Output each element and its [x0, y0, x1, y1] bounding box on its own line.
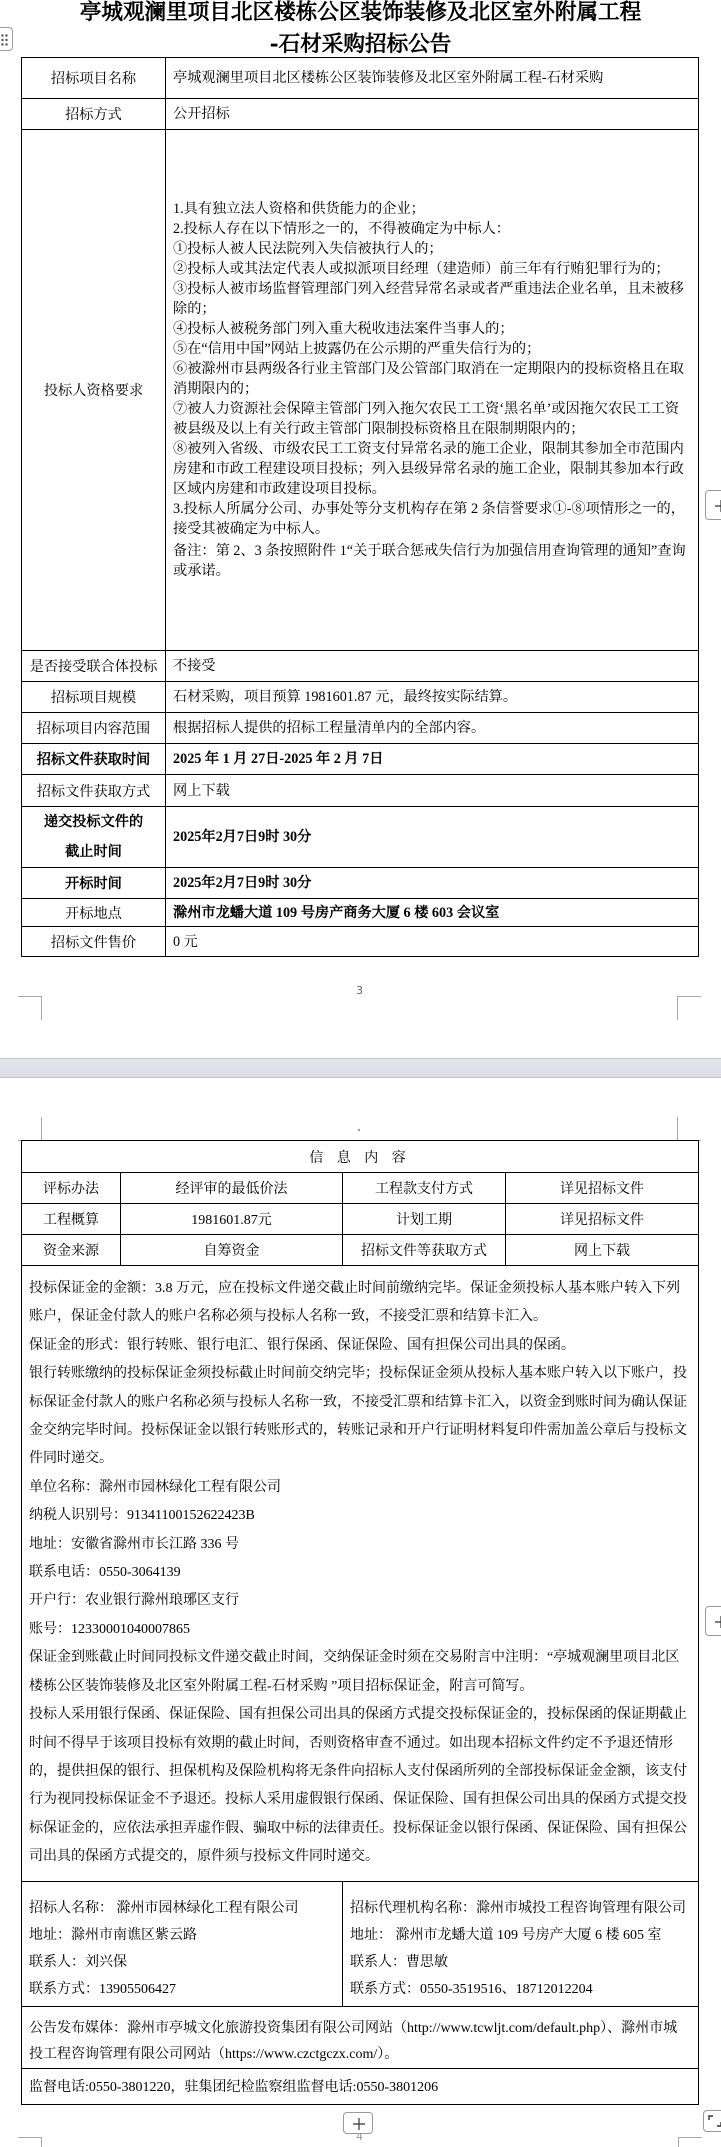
table-row: 递交投标文件的截止时间 2025年2月7日9时 30分	[22, 807, 699, 868]
tender-info-table: 招标项目名称 亭城观澜里项目北区楼栋公区装饰装修及北区室外附属工程-石材采购 招…	[21, 57, 699, 957]
row-label: 招标项目内容范围	[22, 713, 166, 744]
tender-method-value: 公开招标	[166, 99, 699, 130]
info-label: 工程款支付方式	[343, 1173, 506, 1204]
table-row: 资金来源 自筹资金 招标文件等获取方式 网上下载	[22, 1235, 699, 1266]
table-row: 是否接受联合体投标 不接受	[22, 651, 699, 682]
info-value: 网上下载	[506, 1235, 699, 1266]
agent-address: 地址： 滁州市龙蟠大道 109 号房产大厦 6 楼 605 室	[350, 1922, 694, 1949]
project-scale-value: 石材采购，项目预算 1981601.87 元，最终按实际结算。	[166, 682, 699, 713]
info-label: 招标文件等获取方式	[343, 1235, 506, 1266]
plus-icon	[714, 1615, 721, 1629]
info-label: 资金来源	[22, 1235, 121, 1266]
corner-mark	[41, 1117, 42, 1140]
row-label: 递交投标文件的截止时间	[42, 807, 146, 867]
row-label-cell: 递交投标文件的截止时间	[22, 807, 166, 868]
qualification-item: ②投标人或其法定代表人或拟派项目经理（建造师）前三年有行贿犯罪行为的；	[173, 259, 691, 279]
qualification-item: 3.投标人所属分公司、办事处等分支机构存在第 2 条信誉要求①-⑧项情形之一的，…	[173, 499, 691, 539]
qualification-item: ⑤在“信用中国”网站上披露仍在公示期的严重失信行为的；	[173, 339, 691, 359]
table-row: 招标人名称： 滁州市园林绿化工程有限公司 地址：滁州市南谯区紫云路 联系人：刘兴…	[22, 1881, 699, 2006]
info-value: 经评审的最低价法	[121, 1173, 343, 1204]
deposit-paragraph: 保证金的形式：银行转账、银行电汇、银行保函、保证保险、国有担保公司出具的保函。	[29, 1332, 691, 1360]
document-obtain-method-value: 网上下载	[166, 775, 699, 807]
page-number: 3	[356, 984, 363, 997]
qualification-item: ①投标人被人民法院列入失信被执行人的；	[173, 239, 691, 259]
table-move-handle[interactable]	[0, 27, 13, 51]
table-row: 监督电话:0550-3801220，驻集团纪检监察组监督电话:0550-3801…	[22, 2068, 699, 2104]
table-row: 招标文件获取时间 2025 年 1 月 27日-2025 年 2 月 7日	[22, 744, 699, 775]
tenderer-contact: 招标人名称： 滁州市园林绿化工程有限公司 地址：滁州市南谯区紫云路 联系人：刘兴…	[22, 1881, 343, 2006]
row-label: 招标文件售价	[22, 927, 166, 957]
table-resize-button[interactable]	[703, 2110, 721, 2132]
plus-icon	[714, 499, 721, 513]
table-row: 招标方式 公开招标	[22, 99, 699, 130]
agent-contact: 招标代理机构名称：滁州市城投工程咨询管理有限公司 地址： 滁州市龙蟠大道 109…	[343, 1881, 699, 2006]
agent-phone: 联系方式：0550-3519516、18712012204	[350, 1976, 694, 2003]
info-label: 评标办法	[22, 1173, 121, 1204]
row-label: 投标人资格要求	[22, 130, 166, 651]
info-label: 工程概算	[22, 1204, 121, 1235]
information-table: 信 息 内 容 评标办法 经评审的最低价法 工程款支付方式 详见招标文件 工程概…	[21, 1140, 699, 2105]
consortium-value: 不接受	[166, 651, 699, 682]
deposit-paragraph: 银行转账缴纳的投标保证金须投标截止时间前交纳完毕；投标保证金须从投标人基本账户转…	[29, 1360, 691, 1474]
table-row: 开标时间 2025年2月7日9时 30分	[22, 868, 699, 899]
qualification-requirements: 1.具有独立法人资格和供货能力的企业； 2.投标人存在以下情形之一的，不得被确定…	[166, 130, 699, 651]
row-label: 开标地点	[22, 899, 166, 927]
title-line-1: 亭城观澜里项目北区楼栋公区装饰装修及北区室外附属工程	[0, 0, 721, 29]
table-row: 招标文件售价 0 元	[22, 927, 699, 957]
tenderer-phone: 联系方式：13905506427	[29, 1976, 338, 2003]
corner-mark	[677, 1117, 678, 1140]
qualification-note: 备注：第 2、3 条按照附件 1“关于联合惩戒失信行为加强信用查询管理的通知”查…	[173, 541, 691, 581]
corner-mark	[678, 2137, 679, 2147]
table-row: 招标项目内容范围 根据招标人提供的招标工程量清单内的全部内容。	[22, 713, 699, 744]
project-scope-value: 根据招标人提供的招标工程量清单内的全部内容。	[166, 713, 699, 744]
qualification-item: ⑥被滁州市县两级各行业主管部门及公管部门取消在一定期限内的投标资格且在取消期限内…	[173, 359, 691, 399]
resize-corner-icon	[708, 2115, 721, 2127]
info-label: 计划工期	[343, 1204, 506, 1235]
bid-opening-time-value: 2025年2月7日9时 30分	[166, 868, 699, 899]
page-gap	[0, 1058, 721, 1078]
tenderer-contact-person: 联系人：刘兴保	[29, 1949, 338, 1976]
row-label: 是否接受联合体投标	[22, 651, 166, 682]
submission-deadline-value: 2025年2月7日9时 30分	[166, 807, 699, 868]
corner-mark	[41, 996, 42, 1020]
table-row: 开标地点 滁州市龙蟠大道 109 号房产商务大厦 6 楼 603 会议室	[22, 899, 699, 927]
table-row: 工程概算 1981601.87元 计划工期 详见招标文件	[22, 1204, 699, 1235]
bid-opening-location-value: 滁州市龙蟠大道 109 号房产商务大厦 6 楼 603 会议室	[166, 899, 699, 927]
account-address: 地址：安徽省滁州市长江路 336 号	[29, 1531, 691, 1559]
row-label: 招标项目名称	[22, 58, 166, 99]
deposit-paragraph: 投标人采用银行保函、保证保险、国有担保公司出具的保函方式提交投标保证金的，投标保…	[29, 1701, 691, 1871]
document-title: 亭城观澜里项目北区楼栋公区装饰装修及北区室外附属工程 -石材采购招标公告	[0, 0, 721, 61]
taxpayer-id: 纳税人识别号：91341100152622423B	[29, 1502, 691, 1530]
info-table-header: 信 息 内 容	[22, 1141, 699, 1173]
project-name-value: 亭城观澜里项目北区楼栋公区装饰装修及北区室外附属工程-石材采购	[166, 58, 699, 99]
qualification-item: ⑦被人力资源社会保障主管部门列入拖欠农民工工资‘黑名单’或因拖欠农民工工资被县级…	[173, 399, 691, 439]
document-price-value: 0 元	[166, 927, 699, 957]
qualification-item: 2.投标人存在以下情形之一的，不得被确定为中标人：	[173, 219, 691, 239]
supervision-phone: 监督电话:0550-3801220，驻集团纪检监察组监督电话:0550-3801…	[22, 2068, 699, 2104]
info-value: 自筹资金	[121, 1235, 343, 1266]
qualification-item: ④投标人被税务部门列入重大税收违法案件当事人的；	[173, 319, 691, 339]
add-column-button[interactable]	[705, 1606, 721, 1636]
corner-mark	[18, 996, 42, 997]
add-column-button[interactable]	[705, 490, 721, 520]
row-label: 开标时间	[22, 868, 166, 899]
table-row: 投标人资格要求 1.具有独立法人资格和供货能力的企业； 2.投标人存在以下情形之…	[22, 130, 699, 651]
agent-name: 招标代理机构名称：滁州市城投工程咨询管理有限公司	[350, 1895, 694, 1922]
agent-contact-person: 联系人：曹思敏	[350, 1949, 694, 1976]
account-phone: 联系电话：0550-3064139	[29, 1559, 691, 1587]
deposit-paragraph: 保证金到账截止时间同投标文件递交截止时间，交纳保证金时须在交易附言中注明：“亭城…	[29, 1644, 691, 1701]
table-row: 招标项目名称 亭城观澜里项目北区楼栋公区装饰装修及北区室外附属工程-石材采购	[22, 58, 699, 99]
corner-mark	[677, 996, 701, 997]
row-label: 招标项目规模	[22, 682, 166, 713]
corner-mark	[678, 2137, 702, 2138]
paragraph-mark	[358, 1129, 360, 1131]
grid-dots-icon	[1, 34, 9, 46]
table-header-row: 信 息 内 容	[22, 1141, 699, 1173]
row-label: 招标文件获取时间	[22, 744, 166, 775]
table-row: 投标保证金的金额：3.8 万元，应在投标文件递交截止时间前缴纳完毕。保证金须投标…	[22, 1266, 699, 1882]
info-value: 详见招标文件	[506, 1173, 699, 1204]
bid-deposit-section: 投标保证金的金额：3.8 万元，应在投标文件递交截止时间前缴纳完毕。保证金须投标…	[22, 1266, 699, 1882]
account-name: 单位名称：滁州市园林绿化工程有限公司	[29, 1474, 691, 1502]
corner-mark	[41, 2137, 42, 2147]
table-row: 评标办法 经评审的最低价法 工程款支付方式 详见招标文件	[22, 1173, 699, 1204]
corner-mark	[677, 996, 678, 1020]
table-row: 招标文件获取方式 网上下载	[22, 775, 699, 807]
row-label: 招标方式	[22, 99, 166, 130]
info-value: 1981601.87元	[121, 1204, 343, 1235]
document-obtain-time-value: 2025 年 1 月 27日-2025 年 2 月 7日	[166, 744, 699, 775]
qualification-item: ③投标人被市场监督管理部门列入经营异常名录或者严重违法企业名单，且未被移除的；	[173, 279, 691, 319]
tenderer-address: 地址：滁州市南谯区紫云路	[29, 1922, 338, 1949]
account-number: 账号：12330001040007865	[29, 1616, 691, 1644]
corner-mark	[18, 2137, 42, 2138]
deposit-paragraph: 投标保证金的金额：3.8 万元，应在投标文件递交截止时间前缴纳完毕。保证金须投标…	[29, 1275, 691, 1332]
tenderer-name: 招标人名称： 滁州市园林绿化工程有限公司	[29, 1895, 338, 1922]
plus-icon	[352, 2117, 366, 2131]
add-row-button[interactable]	[343, 2112, 373, 2134]
row-label: 招标文件获取方式	[22, 775, 166, 807]
publication-media: 公告发布媒体：滁州市亭城文化旅游投资集团有限公司网站（http://www.tc…	[22, 2006, 699, 2068]
qualification-item: 1.具有独立法人资格和供货能力的企业；	[173, 199, 691, 219]
account-bank: 开户行：农业银行滁州琅琊区支行	[29, 1587, 691, 1615]
table-row: 招标项目规模 石材采购，项目预算 1981601.87 元，最终按实际结算。	[22, 682, 699, 713]
table-row: 公告发布媒体：滁州市亭城文化旅游投资集团有限公司网站（http://www.tc…	[22, 2006, 699, 2068]
info-value: 详见招标文件	[506, 1204, 699, 1235]
qualification-item: ⑧被列入省级、市级农民工工资支付异常名录的施工企业，限制其参加全市范围内房建和市…	[173, 439, 691, 499]
